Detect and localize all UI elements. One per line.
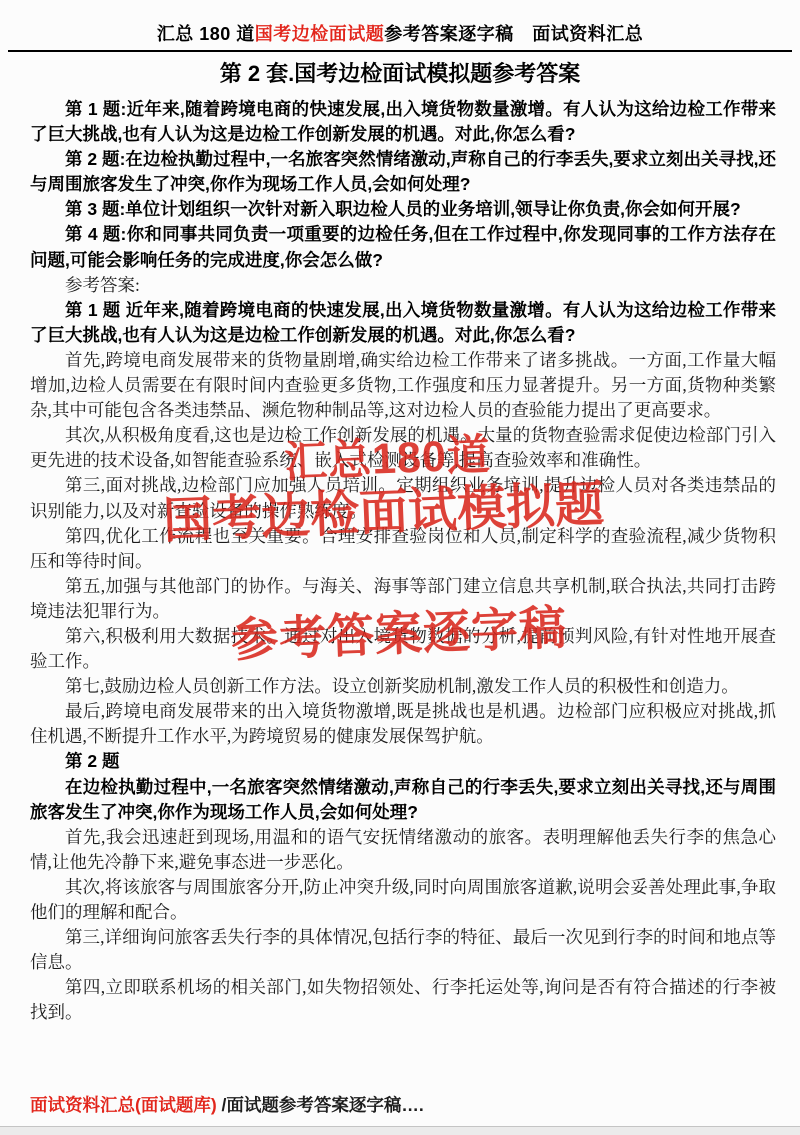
answer1-heading: 第 1 题 近年来,随着跨境电商的快速发展,出入境货物数量激增。有人认为这给边检… [30, 298, 776, 348]
answer-paragraph: 第三,面对挑战,边检部门应加强人员培训。定期组织业务培训,提升边检人员对各类违禁… [30, 473, 776, 523]
answer-paragraph: 首先,我会迅速赶到现场,用温和的语气安抚情绪激动的旅客。表明理解他丢失行李的焦急… [30, 825, 776, 875]
question-paragraph: 第 2 题:在边检执勤过程中,一名旅客突然情绪激动,声称自己的行李丢失,要求立刻… [30, 147, 776, 197]
answer-paragraph: 最后,跨境电商发展带来的出入境货物激增,既是挑战也是机遇。边检部门应积极应对挑战… [30, 699, 776, 749]
answer-paragraph: 第三,详细询问旅客丢失行李的具体情况,包括行李的特征、最后一次见到行李的时间和地… [30, 925, 776, 975]
answer-paragraph: 第四,优化工作流程也至关重要。合理安排查验岗位和人员,制定科学的查验流程,减少货… [30, 524, 776, 574]
answer-paragraph: 其次,将该旅客与周围旅客分开,防止冲突升级,同时向周围旅客道歉,说明会妥善处理此… [30, 875, 776, 925]
header-divider [8, 50, 792, 52]
answer2-question: 在边检执勤过程中,一名旅客突然情绪激动,声称自己的行李丢失,要求立刻出关寻找,还… [30, 775, 776, 825]
document-page: 汇总 180 道国考边检面试题参考答案逐字稿 面试资料汇总 第 2 套.国考边检… [0, 0, 800, 1135]
page-title: 第 2 套.国考边检面试模拟题参考答案 [0, 57, 800, 88]
header-highlight: 国考边检面试题 [255, 24, 385, 44]
footer-source-label: 面试资料汇总(面试题库) [30, 1095, 217, 1115]
page-footer: 面试资料汇总(面试题库) /面试题参考答案逐字稿…. [30, 1092, 424, 1117]
footer-description: /面试题参考答案逐字稿…. [217, 1095, 424, 1115]
answer-paragraph: 第四,立即联系机场的相关部门,如失物招领处、行李托运处等,询问是否有符合描述的行… [30, 975, 776, 1025]
answer2-label: 第 2 题 [30, 749, 776, 774]
answer-paragraph: 第五,加强与其他部门的协作。与海关、海事等部门建立信息共享机制,联合执法,共同打… [30, 574, 776, 624]
header-suffix: 参考答案逐字稿 面试资料汇总 [384, 24, 643, 44]
header-prefix: 汇总 180 道 [157, 24, 255, 44]
document-body: 第 1 题:近年来,随着跨境电商的快速发展,出入境货物数量激增。有人认为这给边检… [30, 97, 776, 1025]
answers-label: 参考答案: [30, 273, 776, 298]
question-paragraph: 第 3 题:单位计划组织一次针对新入职边检人员的业务培训,领导让你负责,你会如何… [30, 197, 776, 222]
answer-paragraph: 第七,鼓励边检人员创新工作方法。设立创新奖励机制,激发工作人员的积极性和创造力。 [30, 674, 776, 699]
answer-paragraph: 第六,积极利用大数据技术。通过对出入境货物数据的分析,提前预判风险,有针对性地开… [30, 624, 776, 674]
question-paragraph: 第 4 题:你和同事共同负责一项重要的边检任务,但在工作过程中,你发现同事的工作… [30, 222, 776, 272]
bottom-edge-strip [0, 1126, 800, 1135]
answer-paragraph: 首先,跨境电商发展带来的货物量剧增,确实给边检工作带来了诸多挑战。一方面,工作量… [30, 348, 776, 423]
page-header: 汇总 180 道国考边检面试题参考答案逐字稿 面试资料汇总 [0, 0, 800, 46]
question-paragraph: 第 1 题:近年来,随着跨境电商的快速发展,出入境货物数量激增。有人认为这给边检… [30, 97, 776, 147]
answer-paragraph: 其次,从积极角度看,这也是边检工作创新发展的机遇。大量的货物查验需求促使边检部门… [30, 423, 776, 473]
